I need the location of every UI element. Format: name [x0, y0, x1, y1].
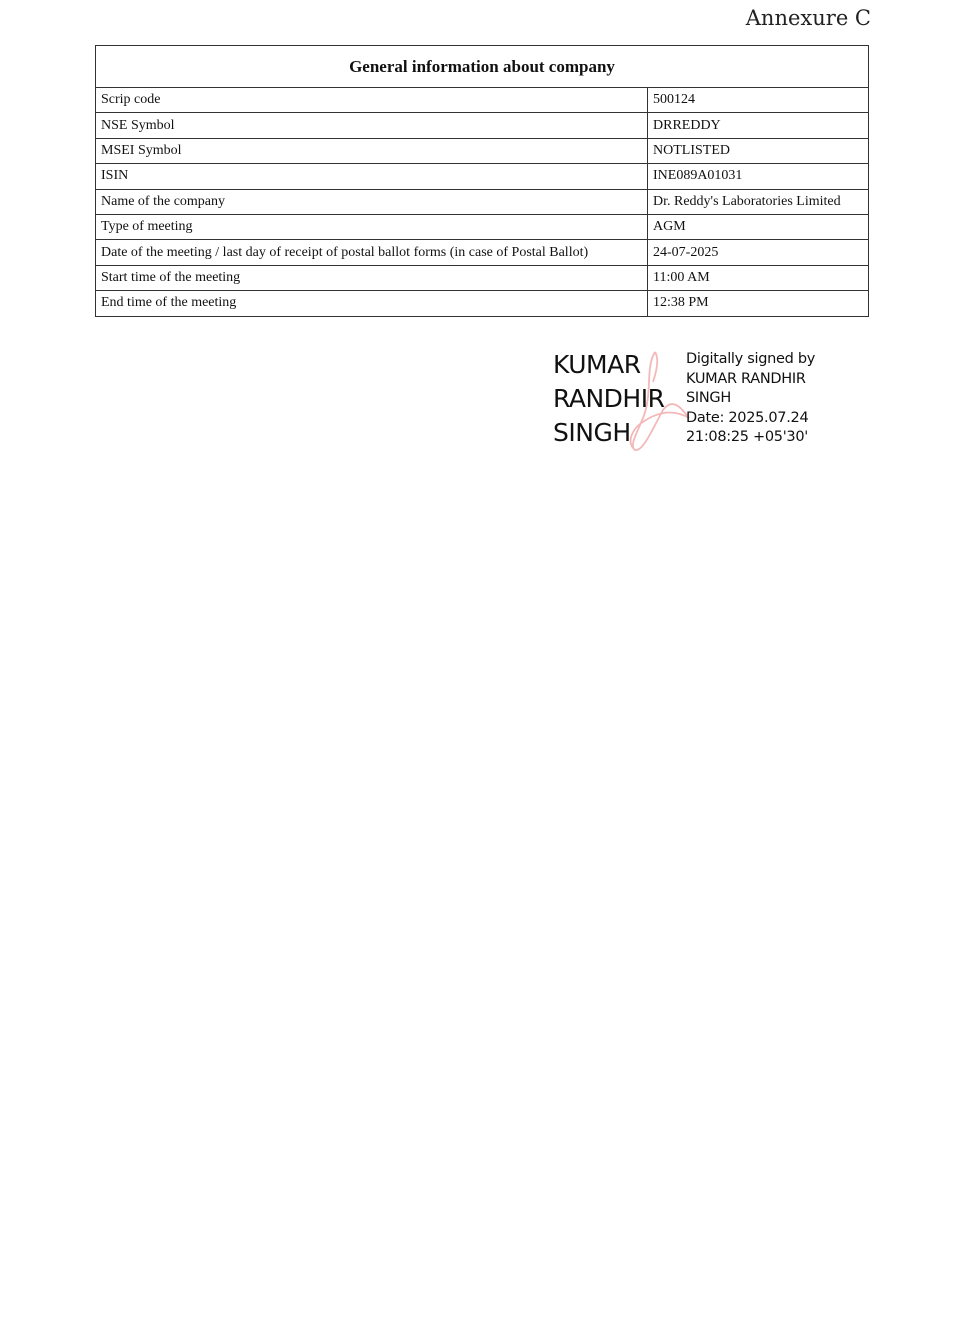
row-value: AGM — [648, 214, 869, 239]
row-label: ISIN — [96, 164, 648, 189]
row-value: NOTLISTED — [648, 138, 869, 163]
table-row: Type of meetingAGM — [96, 214, 869, 239]
row-value: 12:38 PM — [648, 291, 869, 316]
table-row: Scrip code500124 — [96, 88, 869, 113]
row-label: MSEI Symbol — [96, 138, 648, 163]
signer-name: KUMAR RANDHIR SINGH — [553, 348, 664, 450]
signature-details: Digitally signed by KUMAR RANDHIR SINGH … — [686, 350, 815, 448]
row-label: Name of the company — [96, 189, 648, 214]
digital-signature[interactable]: KUMAR RANDHIR SINGH Digitally signed by … — [553, 348, 853, 458]
table-row: MSEI SymbolNOTLISTED — [96, 138, 869, 163]
row-label: Start time of the meeting — [96, 265, 648, 290]
table-row: Name of the companyDr. Reddy's Laborator… — [96, 189, 869, 214]
table-row: ISININE089A01031 — [96, 164, 869, 189]
row-value: DRREDDY — [648, 113, 869, 138]
row-value: 11:00 AM — [648, 265, 869, 290]
general-info-table: General information about company Scrip … — [95, 45, 869, 317]
table-row: Date of the meeting / last day of receip… — [96, 240, 869, 265]
row-label: End time of the meeting — [96, 291, 648, 316]
table-row: Start time of the meeting11:00 AM — [96, 265, 869, 290]
row-label: Date of the meeting / last day of receip… — [96, 240, 648, 265]
annexure-label: Annexure C — [746, 6, 871, 30]
row-value: 24-07-2025 — [648, 240, 869, 265]
row-value: 500124 — [648, 88, 869, 113]
row-value: Dr. Reddy's Laboratories Limited — [648, 189, 869, 214]
row-value: INE089A01031 — [648, 164, 869, 189]
table-row: End time of the meeting12:38 PM — [96, 291, 869, 316]
row-label: Scrip code — [96, 88, 648, 113]
row-label: Type of meeting — [96, 214, 648, 239]
table-row: NSE SymbolDRREDDY — [96, 113, 869, 138]
row-label: NSE Symbol — [96, 113, 648, 138]
table-title: General information about company — [96, 46, 869, 88]
